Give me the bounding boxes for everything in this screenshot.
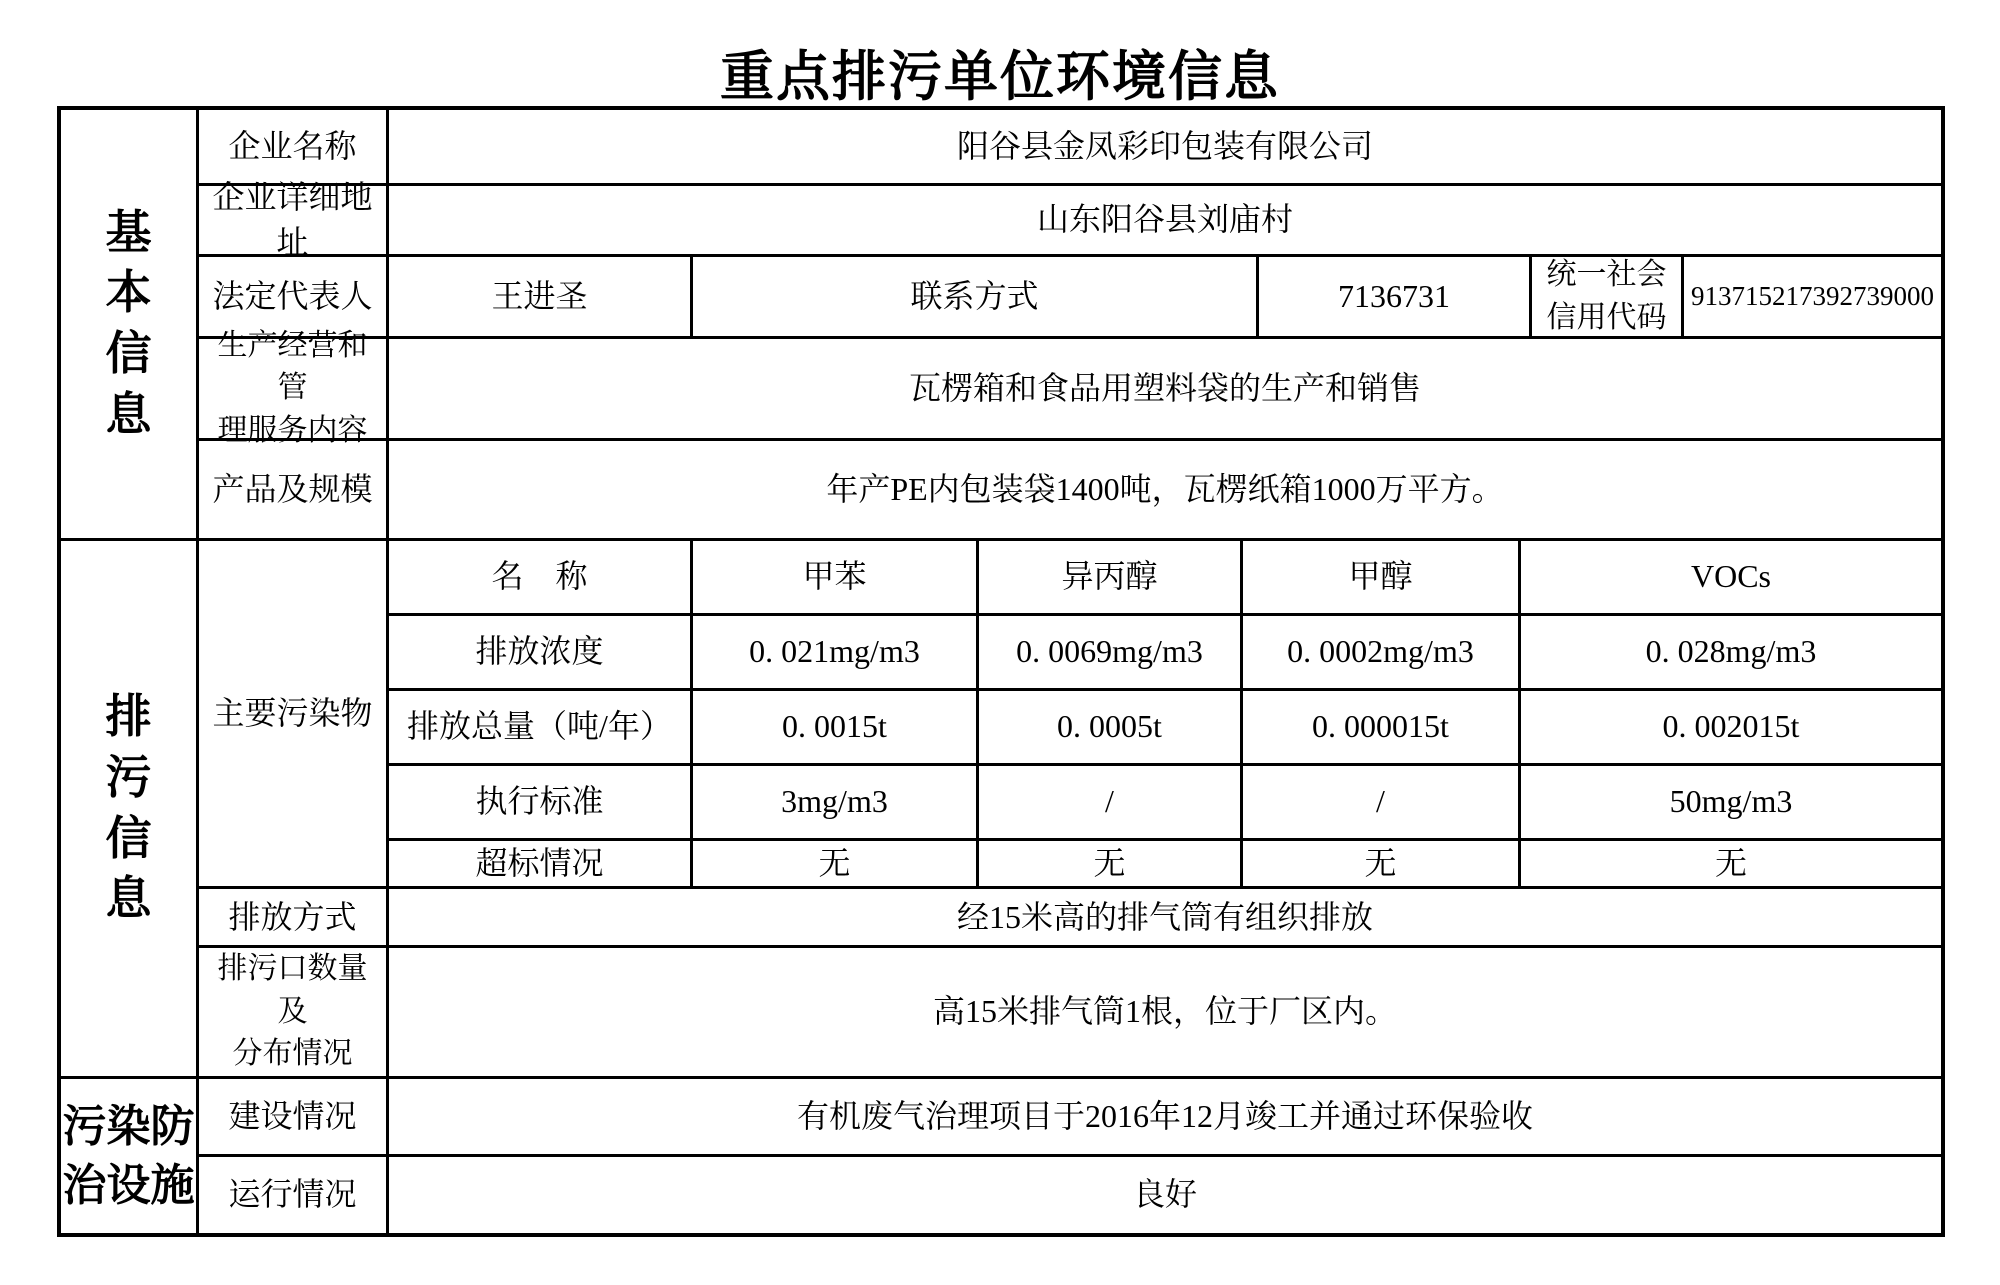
operation-status-row: 运行情况 良好 — [199, 1157, 1941, 1233]
concentration-value: 0. 021mg/m3 — [693, 616, 979, 688]
company-name-value: 阳谷县金凤彩印包装有限公司 — [389, 110, 1941, 183]
page: 重点排污单位环境信息 基 本 信 息 企业名称 阳谷县金凤彩印包装有限公司 企业… — [0, 0, 2000, 1285]
discharge-section-label: 排 污 信 息 — [61, 541, 199, 1076]
legal-representative-value: 王进圣 — [389, 257, 693, 336]
emission-concentration-row: 排放浓度 0. 021mg/m3 0. 0069mg/m3 0. 0002mg/… — [389, 616, 1941, 691]
exceedance-value: 无 — [1521, 841, 1941, 886]
products-scale-value: 年产PE内包装袋1400吨，瓦楞纸箱1000万平方。 — [389, 441, 1941, 538]
address-label: 企业详细地址 — [199, 186, 389, 254]
outlets-value: 高15米排气筒1根，位于厂区内。 — [389, 948, 1941, 1076]
total-emission-value: 0. 0005t — [979, 691, 1243, 763]
basic-info-rows: 企业名称 阳谷县金凤彩印包装有限公司 企业详细地址 山东阳谷县刘庙村 法定代表人… — [199, 110, 1941, 538]
emission-concentration-label: 排放浓度 — [389, 616, 693, 688]
business-scope-row: 生产经营和管 理服务内容 瓦楞箱和食品用塑料袋的生产和销售 — [199, 339, 1941, 441]
basic-info-section-label: 基 本 信 息 — [61, 110, 199, 538]
products-scale-row: 产品及规模 年产PE内包装袋1400吨，瓦楞纸箱1000万平方。 — [199, 441, 1941, 538]
business-scope-value: 瓦楞箱和食品用塑料袋的生产和销售 — [389, 339, 1941, 438]
pollution-control-rows: 建设情况 有机废气治理项目于2016年12月竣工并通过环保验收 运行情况 良好 — [199, 1079, 1941, 1233]
main-pollutants-label: 主要污染物 — [199, 541, 389, 886]
concentration-value: 0. 0069mg/m3 — [979, 616, 1243, 688]
construction-status-label: 建设情况 — [199, 1079, 389, 1154]
main-pollutants-block: 主要污染物 名 称 甲苯 异丙醇 甲醇 VOCs 排放浓度 0. 021mg/m… — [199, 541, 1941, 889]
pollutant-header-isopropanol: 异丙醇 — [979, 541, 1243, 613]
outlets-row: 排污口数量及 分布情况 高15米排气筒1根，位于厂区内。 — [199, 948, 1941, 1076]
business-scope-label: 生产经营和管 理服务内容 — [199, 339, 389, 438]
total-emission-value: 0. 000015t — [1243, 691, 1521, 763]
pollutant-header-toluene: 甲苯 — [693, 541, 979, 613]
total-emission-row: 排放总量（吨/年） 0. 0015t 0. 0005t 0. 000015t 0… — [389, 691, 1941, 766]
env-info-table: 基 本 信 息 企业名称 阳谷县金凤彩印包装有限公司 企业详细地址 山东阳谷县刘… — [57, 106, 1945, 1237]
discharge-rows: 主要污染物 名 称 甲苯 异丙醇 甲醇 VOCs 排放浓度 0. 021mg/m… — [199, 541, 1941, 1076]
section-pollution-control: 污染防 治设施 建设情况 有机废气治理项目于2016年12月竣工并通过环保验收 … — [61, 1079, 1941, 1233]
credit-code-value: 913715217392739000 — [1684, 257, 1941, 336]
contact-value: 7136731 — [1259, 257, 1532, 336]
legal-representative-row: 法定代表人 王进圣 联系方式 7136731 统一社会 信用代码 9137152… — [199, 257, 1941, 339]
exceedance-value: 无 — [693, 841, 979, 886]
standard-row: 执行标准 3mg/m3 / / 50mg/m3 — [389, 766, 1941, 841]
company-name-row: 企业名称 阳谷县金凤彩印包装有限公司 — [199, 110, 1941, 186]
operation-status-value: 良好 — [389, 1157, 1941, 1233]
standard-value: / — [979, 766, 1243, 838]
products-scale-label: 产品及规模 — [199, 441, 389, 538]
exceedance-label: 超标情况 — [389, 841, 693, 886]
credit-code-label: 统一社会 信用代码 — [1532, 257, 1684, 336]
section-basic-info: 基 本 信 息 企业名称 阳谷县金凤彩印包装有限公司 企业详细地址 山东阳谷县刘… — [61, 110, 1941, 541]
discharge-method-value: 经15米高的排气筒有组织排放 — [389, 889, 1941, 945]
address-value: 山东阳谷县刘庙村 — [389, 186, 1941, 254]
concentration-value: 0. 0002mg/m3 — [1243, 616, 1521, 688]
standard-value: 50mg/m3 — [1521, 766, 1941, 838]
standard-value: 3mg/m3 — [693, 766, 979, 838]
discharge-method-label: 排放方式 — [199, 889, 389, 945]
total-emission-value: 0. 002015t — [1521, 691, 1941, 763]
pollutant-header-methanol: 甲醇 — [1243, 541, 1521, 613]
exceedance-value: 无 — [1243, 841, 1521, 886]
discharge-method-row: 排放方式 经15米高的排气筒有组织排放 — [199, 889, 1941, 948]
company-name-label: 企业名称 — [199, 110, 389, 183]
construction-status-value: 有机废气治理项目于2016年12月竣工并通过环保验收 — [389, 1079, 1941, 1154]
standard-label: 执行标准 — [389, 766, 693, 838]
standard-value: / — [1243, 766, 1521, 838]
concentration-value: 0. 028mg/m3 — [1521, 616, 1941, 688]
pollution-control-section-label: 污染防 治设施 — [61, 1079, 199, 1233]
outlets-label: 排污口数量及 分布情况 — [199, 948, 389, 1076]
address-row: 企业详细地址 山东阳谷县刘庙村 — [199, 186, 1941, 257]
exceedance-row: 超标情况 无 无 无 无 — [389, 841, 1941, 886]
operation-status-label: 运行情况 — [199, 1157, 389, 1233]
section-discharge-info: 排 污 信 息 主要污染物 名 称 甲苯 异丙醇 甲醇 VOCs — [61, 541, 1941, 1079]
construction-status-row: 建设情况 有机废气治理项目于2016年12月竣工并通过环保验收 — [199, 1079, 1941, 1157]
pollutant-header-vocs: VOCs — [1521, 541, 1941, 613]
total-emission-value: 0. 0015t — [693, 691, 979, 763]
pollutant-table: 名 称 甲苯 异丙醇 甲醇 VOCs 排放浓度 0. 021mg/m3 0. 0… — [389, 541, 1941, 886]
total-emission-label: 排放总量（吨/年） — [389, 691, 693, 763]
pollutant-header-row: 名 称 甲苯 异丙醇 甲醇 VOCs — [389, 541, 1941, 616]
pollutant-name-header: 名 称 — [389, 541, 693, 613]
contact-label: 联系方式 — [693, 257, 1259, 336]
page-title: 重点排污单位环境信息 — [0, 34, 2000, 111]
exceedance-value: 无 — [979, 841, 1243, 886]
